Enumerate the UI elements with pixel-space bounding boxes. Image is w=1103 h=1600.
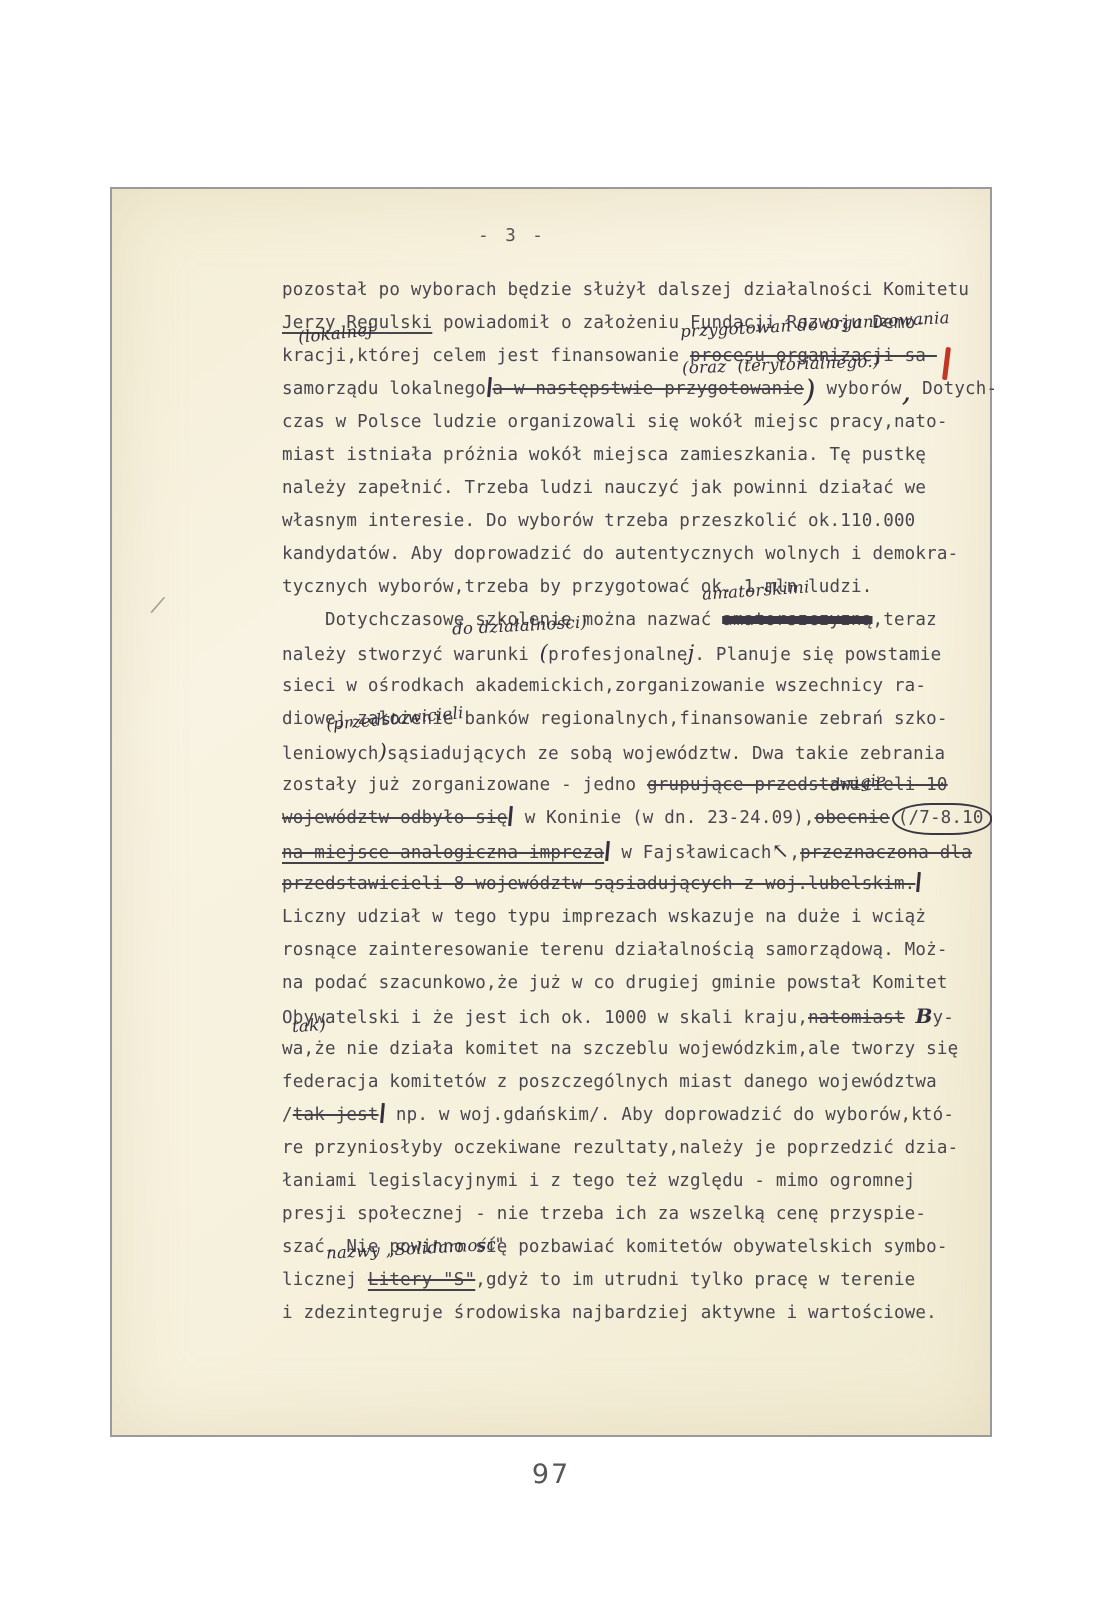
typed-text: presji społecznej - nie trzeba ich za ws… [282,1204,926,1224]
typed-text: federacja komitetów z poszczególnych mia… [282,1072,937,1092]
typescript-line: na miejsce analogiczna impreza w Fajsław… [282,835,972,868]
typed-text [905,1008,916,1028]
struck-text: województw odbyło się [282,808,507,828]
typescript-line: leniowych)sąsiadujących ze sobą wojewódz… [282,736,945,769]
scanned-page: - 3 - / pozostał po wyborach będzie służ… [110,187,992,1437]
typed-text: należy zapełnić. Trzeba ludzi nauczyć ja… [282,478,926,498]
pen-stroke [487,377,491,397]
typed-text: sieci w ośrodkach akademickich,zorganizo… [282,676,926,696]
struck-text: natomiast [808,1008,905,1028]
typed-text: kandydatów. Aby doprowadzić do autentycz… [282,544,958,564]
typed-text: leniowych [282,744,379,764]
typescript-line: przedstawicieli 8 województw sąsiadujący… [282,868,922,901]
margin-pencil-mark: / [151,592,164,618]
struck-text: obecnie [815,808,890,828]
red-pen-mark [942,347,950,380]
pen-mark: ( [540,641,548,665]
struck-underlined-text: Litery "S" [368,1270,475,1290]
pen-stroke [917,872,921,892]
typed-text: licznej [282,1270,368,1290]
typed-text: ,teraz [872,610,936,630]
typescript-line: miast istniała próżnia wokół miejsca zam… [282,439,926,472]
struck-text: przeznaczona dla [800,843,972,863]
struck-text-heavy: amatorszczyzną [722,610,872,630]
pen-stroke [605,841,609,861]
typescript-line: Obywatelski i że jest ich ok. 1000 w ska… [282,1000,954,1033]
typescript-line: Liczny udział w tego typu imprezach wska… [282,901,926,934]
typescript-line: Dotychczasowe szkolenie można nazwać ama… [282,604,937,637]
typescript-line: łaniami legislacyjnymi i z tego też wzgl… [282,1165,915,1198]
typed-text: łaniami legislacyjnymi i z tego też wzgl… [282,1171,915,1191]
typescript-line: licznej Litery "S",gdyż to im utrudni ty… [282,1264,915,1297]
typed-text: i zdezintegruje środowiska najbardziej a… [282,1303,937,1323]
struck-text: a w następstwie przygotowanie [492,379,803,399]
typescript-line: federacja komitetów z poszczególnych mia… [282,1066,937,1099]
typescript-line: pozostał po wyborach będzie służył dalsz… [282,274,969,307]
typed-text: wa,że nie działa komitet na szczeblu woj… [282,1039,958,1059]
typescript-line: własnym interesie. Do wyborów trzeba prz… [282,505,915,538]
typed-text: / [282,1105,293,1125]
typed-text: np. w woj.gdańskim/. Aby doprowadzić do … [385,1105,954,1125]
typed-text: Obywatelski i że jest ich ok. 1000 w ska… [282,1008,808,1028]
typescript-line: na podać szacunkowo,że już w co drugiej … [282,967,948,1000]
typescript-line: czas w Polsce ludzie organizowali się wo… [282,406,948,439]
typed-text: re przyniosłyby oczekiwane rezultaty,nal… [282,1138,958,1158]
typed-text: czas w Polsce ludzie organizowali się wo… [282,412,948,432]
typescript-line: sieci w ośrodkach akademickich,zorganizo… [282,670,926,703]
typescript-line: re przyniosłyby oczekiwane rezultaty,nal… [282,1132,958,1165]
typed-text: Liczny udział w tego typu imprezach wska… [282,907,926,927]
typescript-line: presji społecznej - nie trzeba ich za ws… [282,1198,926,1231]
struck-text: grupujące przedstawicieli 10 [647,775,948,795]
typed-text: zostały już zorganizowane - jedno [282,775,647,795]
typed-text: y- [933,1008,954,1028]
typed-text: , [789,843,800,863]
typed-text: należy stworzyć warunki [282,645,540,665]
typescript-line: kandydatów. Aby doprowadzić do autentycz… [282,538,958,571]
handwritten-letter: B [915,1004,932,1028]
struck-text: tak jest [293,1105,379,1125]
typescript-line: wa,że nie działa komitet na szczeblu woj… [282,1033,958,1066]
pen-mark: , [902,374,912,409]
typed-text: profesjonalne [548,645,688,665]
typed-text: kracji,której celem jest finansowanie [282,346,690,366]
typed-text: w Fajsławicach [611,843,772,863]
typescript-line: rosnące zainteresowanie terenu działalno… [282,934,948,967]
typescript-line: należy zapełnić. Trzeba ludzi nauczyć ja… [282,472,926,505]
circled-date: (/7-8.10 [892,803,992,835]
typed-text: miast istniała próżnia wokół miejsca zam… [282,445,926,465]
pen-mark: ↖ [772,839,790,863]
typescript-line: samorządu lokalnegoa w następstwie przyg… [282,373,997,406]
struck-text: przedstawicieli 8 województw sąsiadujący… [282,874,915,894]
typed-text: w Koninie (w dn. 23-24.09), [514,808,815,828]
typed-text: ,gdyż to im utrudni tylko pracę w tereni… [475,1270,915,1290]
typescript-line: i zdezintegruje środowiska najbardziej a… [282,1297,937,1330]
page-number-header: - 3 - [282,225,742,247]
typed-text: wyborów [816,379,902,399]
typescript-line: województw odbyło się w Koninie (w dn. 2… [282,802,992,835]
typed-text: Dotych- [911,379,997,399]
folio-page-number: 97 [110,1460,992,1490]
typed-text: własnym interesie. Do wyborów trzeba prz… [282,511,915,531]
typescript-line: /tak jest np. w woj.gdańskim/. Aby dopro… [282,1099,954,1132]
typescript-line: należy stworzyć warunki (profesjonalnej.… [282,637,941,670]
typed-text: . Planuje się powstamie [694,645,941,665]
typed-text: samorządu lokalnego [282,379,486,399]
struck-underlined-text: na miejsce analogiczna impreza [282,843,604,863]
typed-text: pozostał po wyborach będzie służył dalsz… [282,280,969,300]
pen-stroke [380,1103,384,1123]
pen-mark: ) [804,374,816,409]
pen-mark: ) [379,740,387,764]
typed-text: sąsiadujących ze sobą województw. Dwa ta… [387,744,945,764]
handwritten-annotation: tak) [291,1016,326,1036]
pen-stroke [509,806,513,826]
typed-text: na podać szacunkowo,że już w co drugiej … [282,973,948,993]
typed-text: rosnące zainteresowanie terenu działalno… [282,940,948,960]
